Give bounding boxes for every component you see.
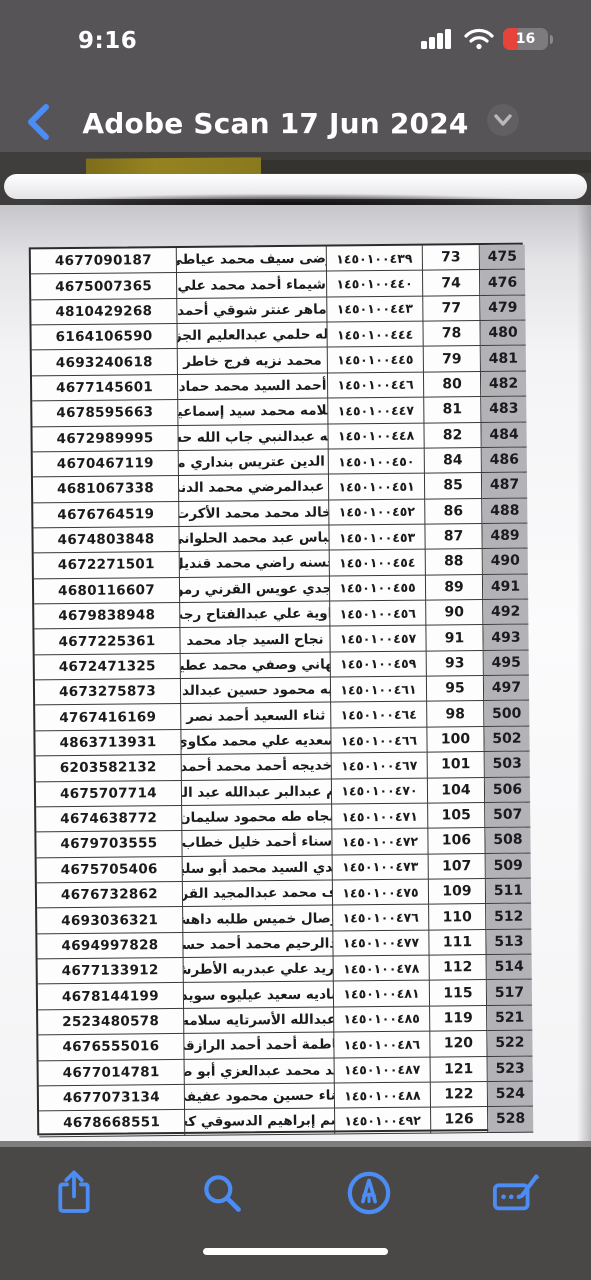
table-cell-name: ناديه سعيد عيليوه سويد xyxy=(184,982,334,1009)
table-cell-seq: 480 xyxy=(480,321,525,347)
table-cell-no: 98 xyxy=(427,702,484,728)
table-cell-no: 109 xyxy=(429,879,486,905)
table-cell-no: 85 xyxy=(425,473,482,499)
table-cell-seq: 512 xyxy=(486,904,531,930)
table-cell-name: زمزم عبدالبر عبدالله عبد القوي xyxy=(182,779,332,806)
table-cell-seq: 488 xyxy=(482,498,527,524)
table-cell-code: ١٤٥٠١٠٠٤٤٧ xyxy=(328,398,424,424)
table-cell-name: شيماء أحمد محمد علي xyxy=(177,272,327,299)
table-cell-seq: 487 xyxy=(482,473,527,499)
table-cell-national-id: 4693240618 xyxy=(32,349,178,376)
wifi-icon xyxy=(464,28,494,50)
app-screen: 9:16 16 xyxy=(0,0,591,1280)
table-cell-no: 111 xyxy=(429,930,486,956)
table-cell-name: تهاني وصفي محمد عطيه xyxy=(181,652,331,679)
table-cell-name: نجاه طه محمود سليمان xyxy=(182,804,332,831)
table-cell-name: حسنه راضي محمد قنديل xyxy=(180,551,330,578)
table-cell-name: محمد نزيه فرج خاطر xyxy=(178,348,328,375)
table-cell-code: ١٤٥٠١٠٠٤٦٦ xyxy=(331,727,427,753)
battery-percent: 16 xyxy=(503,28,548,50)
table-cell-name: سعديه علي محمد مكاوي xyxy=(181,728,331,755)
table-cell-code: ١٤٥٠١٠٠٤٧٢ xyxy=(332,829,428,855)
table-cell-national-id: 4675007365 xyxy=(31,273,177,300)
search-icon xyxy=(200,1171,244,1215)
table-cell-code: ١٤٥٠١٠٠٤٩٢ xyxy=(335,1108,431,1134)
table-cell-seq: 524 xyxy=(488,1081,533,1107)
table-cell-no: 93 xyxy=(427,651,484,677)
table-cell-name: ثناء السعيد أحمد نصر xyxy=(181,703,331,730)
table-cell-code: ١٤٥٠١٠٠٤٥٩ xyxy=(331,651,427,677)
status-icons: 16 xyxy=(421,28,553,50)
table-cell-code: ١٤٥٠١٠٠٤٦٤ xyxy=(331,702,427,728)
table-cell-code: ١٤٥٠١٠٠٤٧٦ xyxy=(333,905,429,931)
table-cell-code: ١٤٥٠١٠٠٤٤٥ xyxy=(328,347,424,373)
table-cell-national-id: 4677073134 xyxy=(39,1085,185,1112)
table-cell-code: ١٤٥٠١٠٠٤٦١ xyxy=(331,677,427,703)
table-cell-code: ١٤٥٠١٠٠٤٨٦ xyxy=(334,1032,430,1058)
table-cell-name: زكيه محمود حسين عبدالدايم xyxy=(181,678,331,705)
table-cell-name: أحمد السيد محمد حماد xyxy=(178,373,328,400)
title-menu-button[interactable] xyxy=(487,104,519,136)
table-cell-code: ١٤٥٠١٠٠٤٥٢ xyxy=(329,499,425,525)
table-cell-name: عفاف محمد عبدالمجيد القرشي xyxy=(183,880,333,907)
table-cell-seq: 514 xyxy=(487,955,532,981)
table-cell-national-id: 4670467119 xyxy=(33,451,179,478)
table-cell-no: 107 xyxy=(429,854,486,880)
table-cell-seq: 495 xyxy=(484,650,529,676)
table-cell-no: 121 xyxy=(431,1057,488,1083)
table-cell-seq: 500 xyxy=(484,701,529,727)
table-cell-no: 104 xyxy=(428,778,485,804)
table-cell-seq: 486 xyxy=(482,447,527,473)
scan-table: 4677090187رضى سيف محمد عياطي١٤٥٠١٠٠٤٣٩73… xyxy=(29,243,532,1136)
table-cell-no: 126 xyxy=(431,1107,488,1133)
table-cell-national-id: 4679703555 xyxy=(36,831,182,858)
table-cell-national-id: 4677133912 xyxy=(38,958,184,985)
table-cell-code: ١٤٥٠١٠٠٤٥٣ xyxy=(329,525,425,551)
table-cell-seq: 528 xyxy=(488,1107,533,1133)
table-cell-no: 120 xyxy=(430,1031,487,1057)
table-cell-seq: 511 xyxy=(486,879,531,905)
table-cell-seq: 493 xyxy=(483,625,528,651)
table-cell-seq: 502 xyxy=(484,726,529,752)
table-cell-national-id: 4693036321 xyxy=(37,907,183,934)
table-cell-code: ١٤٥٠١٠٠٤٨٧ xyxy=(335,1057,431,1083)
share-button[interactable] xyxy=(44,1165,104,1221)
table-cell-name: عباس عبد محمد الحلواني xyxy=(179,525,329,552)
table-cell-no: 122 xyxy=(431,1082,488,1108)
table-cell-national-id: 4675707714 xyxy=(36,780,182,807)
table-cell-name: عبدالرحيم محمد أحمد حسين xyxy=(183,931,333,958)
table-cell-no: 112 xyxy=(430,955,487,981)
table-cell-national-id: 4678595663 xyxy=(32,400,178,427)
table-cell-no: 74 xyxy=(423,270,480,296)
table-cell-seq: 491 xyxy=(483,574,528,600)
table-cell-code: ١٤٥٠١٠٠٤٧٥ xyxy=(333,880,429,906)
table-cell-national-id: 6164106590 xyxy=(31,324,177,351)
table-cell-seq: 482 xyxy=(481,371,526,397)
table-cell-seq: 476 xyxy=(480,270,525,296)
chevron-left-icon xyxy=(27,104,49,140)
table-cell-no: 84 xyxy=(425,448,482,474)
table-cell-national-id: 4678668551 xyxy=(39,1110,185,1137)
nav-bar: Adobe Scan 17 Jun 2024 xyxy=(0,96,591,150)
table-cell-name: رضى سيف محمد عياطي xyxy=(177,247,327,274)
home-indicator[interactable] xyxy=(203,1248,388,1255)
table-cell-code: ١٤٥٠١٠٠٤٤٦ xyxy=(328,372,424,398)
table-cell-national-id: 4679838948 xyxy=(34,603,180,630)
table-cell-no: 78 xyxy=(423,321,480,347)
table-cell-national-id: 4677145601 xyxy=(32,375,178,402)
table-cell-name: أوصال خميس طلبه داهش xyxy=(183,906,333,933)
table-cell-name: فريد علي عبدربه الأطرش xyxy=(184,957,334,984)
table-cell-national-id: 4673275873 xyxy=(35,679,181,706)
table-cell-no: 95 xyxy=(427,676,484,702)
share-icon xyxy=(53,1169,95,1217)
table-cell-national-id: 4672271501 xyxy=(34,552,180,579)
table-cell-code: ١٤٥٠١٠٠٤٤٨ xyxy=(328,423,424,449)
table-cell-national-id: 4680116607 xyxy=(34,578,180,605)
table-cell-seq: 508 xyxy=(485,828,530,854)
table-cell-code: ١٤٥٠١٠٠٤٧١ xyxy=(332,803,428,829)
table-cell-code: ١٤٥٠١٠٠٤٥٥ xyxy=(330,575,426,601)
table-cell-seq: 479 xyxy=(480,295,525,321)
table-cell-seq: 503 xyxy=(485,752,530,778)
table-cell-code: ١٤٥٠١٠٠٤٦٧ xyxy=(332,753,428,779)
table-cell-no: 119 xyxy=(430,1006,487,1032)
table-cell-no: 79 xyxy=(424,346,481,372)
table-cell-name: هاشم إبراهيم الدسوقي كعيب xyxy=(185,1109,335,1136)
table-cell-national-id: 4672989995 xyxy=(32,425,178,452)
table-cell-name: سلامه محمد سيد إسماعيل xyxy=(178,399,328,426)
table-cell-name: غايات عبدالمرضي محمد الدندراوي xyxy=(179,475,329,502)
fill-sign-icon xyxy=(492,1171,542,1215)
table-cell-no: 86 xyxy=(425,499,482,525)
table-cell-name: راوية علي عبدالفتاح رجب xyxy=(180,602,330,629)
table-cell-national-id: 4676555016 xyxy=(38,1034,184,1061)
table-cell-seq: 481 xyxy=(481,346,526,372)
chevron-down-icon xyxy=(494,114,512,126)
table-cell-no: 80 xyxy=(424,372,481,398)
table-cell-name: علاء الدين عتريس بنداري محمد xyxy=(179,449,329,476)
table-cell-code: ١٤٥٠١٠٠٤٤٣ xyxy=(327,296,423,322)
table-cell-name: مجدي عويس القرني رمود xyxy=(180,576,330,603)
table-cell-national-id: 4767416169 xyxy=(35,704,181,731)
table-cell-no: 88 xyxy=(426,549,483,575)
table-cell-seq: 475 xyxy=(480,245,525,271)
table-cell-name: نجاح السيد جاد محمد xyxy=(180,627,330,654)
table-cell-seq: 492 xyxy=(483,600,528,626)
table-cell-national-id: 4675705406 xyxy=(37,857,183,884)
table-cell-code: ١٤٥٠١٠٠٤٥١ xyxy=(329,474,425,500)
table-cell-national-id: 4674638772 xyxy=(36,806,182,833)
table-cell-seq: 522 xyxy=(487,1031,532,1057)
table-cell-national-id: 4672471325 xyxy=(35,654,181,681)
battery-nub xyxy=(550,35,553,44)
table-cell-national-id: 4676764519 xyxy=(33,502,179,529)
scan-shadow-fragment xyxy=(261,160,591,173)
document-title[interactable]: Adobe Scan 17 Jun 2024 xyxy=(70,107,481,140)
table-cell-seq: 513 xyxy=(486,929,531,955)
table-cell-seq: 509 xyxy=(486,853,531,879)
table-cell-national-id: 4678144199 xyxy=(38,983,184,1010)
table-cell-no: 73 xyxy=(423,245,480,271)
status-time: 9:16 xyxy=(78,28,148,54)
table-cell-code: ١٤٥٠١٠٠٤٥٤ xyxy=(330,550,426,576)
table-cell-seq: 517 xyxy=(487,980,532,1006)
table-cell-name: خديجه أحمد محمد أحمد xyxy=(182,754,332,781)
table-cell-no: 77 xyxy=(423,296,480,322)
table-cell-name: حمدي السيد محمد أبو سليمه xyxy=(183,855,333,882)
table-cell-code: ١٤٥٠١٠٠٤٨٥ xyxy=(334,1006,430,1032)
table-cell-name: أحمد محمد عبدالعزي أبو ضياء xyxy=(185,1058,335,1085)
table-cell-no: 91 xyxy=(426,625,483,651)
table-cell-code: ١٤٥٠١٠٠٤٥٠ xyxy=(329,448,425,474)
table-cell-seq: 484 xyxy=(481,422,526,448)
table-cell-seq: 521 xyxy=(487,1005,532,1031)
markup-button[interactable] xyxy=(339,1165,399,1221)
table-cell-code: ١٤٥٠١٠٠٤٣٩ xyxy=(327,246,423,272)
table-cell-seq: 523 xyxy=(488,1056,533,1082)
table-cell-seq: 507 xyxy=(485,803,530,829)
search-button[interactable] xyxy=(192,1165,252,1221)
table-cell-national-id: 4674803848 xyxy=(33,527,179,554)
table-cell-name: عبدالله الأسرتايه سلامه xyxy=(184,1007,334,1034)
top-bar: 9:16 16 xyxy=(0,0,591,152)
table-cell-no: 82 xyxy=(424,423,481,449)
scan-preview-strip xyxy=(0,152,591,210)
table-cell-no: 87 xyxy=(425,524,482,550)
table-cell-national-id: 4677090187 xyxy=(31,248,177,275)
back-button[interactable] xyxy=(18,100,58,144)
table-cell-name: ماهر عنتر شوقي أحمد xyxy=(177,297,327,324)
table-cell-code: ١٤٥٠١٠٠٤٤٤ xyxy=(327,322,423,348)
table-cell-code: ١٤٥٠١٠٠٤٧٧ xyxy=(333,930,429,956)
battery-icon: 16 xyxy=(503,28,548,50)
fill-sign-button[interactable] xyxy=(487,1165,547,1221)
table-cell-national-id: 4694997828 xyxy=(37,933,183,960)
table-cell-code: ١٤٥٠١٠٠٤٨١ xyxy=(334,981,430,1007)
table-cell-code: ١٤٥٠١٠٠٤٧٨ xyxy=(334,956,430,982)
table-cell-national-id: 4681067338 xyxy=(33,476,179,503)
table-cell-code: ١٤٥٠١٠٠٤٥٦ xyxy=(330,601,426,627)
table-cell-code: ١٤٥٠١٠٠٤٤٠ xyxy=(327,271,423,297)
table-cell-seq: 483 xyxy=(481,397,526,423)
table-cell-code: ١٤٥٠١٠٠٤٥٧ xyxy=(330,626,426,652)
table-cell-name: هناء حسين محمود عفيفي xyxy=(185,1083,335,1110)
table-cell-seq: 490 xyxy=(483,549,528,575)
table-cell-national-id: 4677014781 xyxy=(39,1059,185,1086)
table-cell-seq: 497 xyxy=(484,676,529,702)
table-cell-seq: 506 xyxy=(485,777,530,803)
table-cell-name: نهله حلمي عبدالعليم الجزار xyxy=(177,323,327,350)
table-cell-no: 89 xyxy=(426,575,483,601)
table-cell-no: 101 xyxy=(428,752,485,778)
table-cell-no: 100 xyxy=(427,727,484,753)
table-cell-name: نعمه عبدالنبي جاب الله حسن xyxy=(178,424,328,451)
cellular-signal-icon xyxy=(421,28,455,50)
scanned-page[interactable]: 4677090187رضى سيف محمد عياطي١٤٥٠١٠٠٤٣٩73… xyxy=(0,205,591,1147)
table-cell-national-id: 2523480578 xyxy=(38,1009,184,1036)
table-cell-national-id: 4676732862 xyxy=(37,882,183,909)
table-cell-no: 105 xyxy=(428,803,485,829)
bottom-toolbar xyxy=(0,1147,591,1280)
table-cell-no: 110 xyxy=(429,904,486,930)
table-cell-code: ١٤٥٠١٠٠٤٧٠ xyxy=(332,778,428,804)
table-cell-no: 81 xyxy=(424,397,481,423)
table-cell-name: فاطمة أحمد أحمد الرازقي xyxy=(184,1033,334,1060)
table-cell-national-id: 6203582132 xyxy=(36,755,182,782)
table-cell-code: ١٤٥٠١٠٠٤٧٣ xyxy=(333,854,429,880)
table-cell-name: خالد محمد محمد الأكرت xyxy=(179,500,329,527)
table-cell-no: 115 xyxy=(430,980,487,1006)
table-cell-national-id: 4810429268 xyxy=(31,299,177,326)
table-cell-code: ١٤٥٠١٠٠٤٨٨ xyxy=(335,1082,431,1108)
table-cell-national-id: 4677225361 xyxy=(34,628,180,655)
table-cell-no: 106 xyxy=(428,828,485,854)
table-cell-seq: 489 xyxy=(482,524,527,550)
markup-icon xyxy=(346,1170,392,1216)
table-cell-name: سناء أحمد خليل خطاب xyxy=(182,830,332,857)
table-cell-no: 90 xyxy=(426,600,483,626)
table-cell-national-id: 4863713931 xyxy=(35,730,181,757)
